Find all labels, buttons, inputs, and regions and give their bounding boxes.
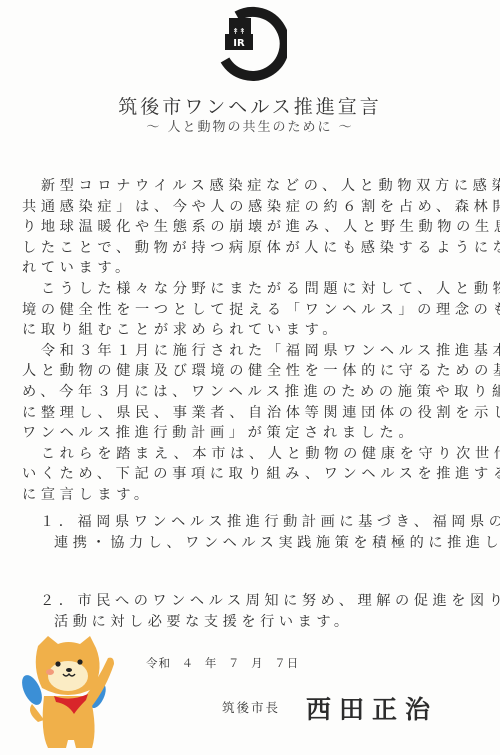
body-line: 人と動物の健康及び環境の健全性を一体的に守るための基本方針を定: [22, 361, 482, 382]
page-title: 筑後市ワンヘルス推進宣言: [0, 92, 500, 119]
svg-text:↟↟: ↟↟: [232, 27, 245, 36]
declaration-body: 新型コロナウイルス感染症などの、人と動物双方に感染する「人獣 共通感染症」は、今…: [22, 176, 482, 506]
body-line: に整理し、県民、事業者、自治体等関連団体の役割を示した「福岡県: [22, 403, 482, 424]
item-line: １．福岡県ワンヘルス推進行動計画に基づき、福岡県の取り組みに: [40, 512, 490, 533]
signer-name: 西田正治: [306, 690, 438, 726]
body-line: め、今年３月には、ワンヘルス推進のための施策や取り組みを体系的: [22, 382, 482, 403]
signer-title: 筑後市長: [222, 698, 280, 716]
dog-mascot-icon: [18, 632, 118, 752]
date-day: ７日: [274, 656, 299, 670]
body-line: 境の健全性を一つとして捉える「ワンヘルス」の理念のもと、総合的: [22, 300, 482, 321]
body-line: ワンヘルス推進行動計画」が策定されました。: [22, 423, 482, 444]
body-line: り地球温暖化や生態系の崩壊が進み、人と野生動物の生息区域が変化: [22, 217, 482, 238]
body-line: 令和３年１月に施行された「福岡県ワンヘルス推進基本条例」では: [22, 341, 482, 362]
declaration-item-1: １．福岡県ワンヘルス推進行動計画に基づき、福岡県の取り組みに 連携・協力し、ワン…: [40, 512, 490, 553]
date-month-unit: 月: [251, 656, 264, 670]
body-line: これらを踏まえ、本市は、人と動物の健康を守り次世代に継承して: [22, 444, 482, 465]
body-line: に取り組むことが求められています。: [22, 320, 482, 341]
body-line: こうした様々な分野にまたがる問題に対して、人と動物の健康と環: [22, 279, 482, 300]
body-line: れています。: [22, 258, 482, 279]
item-line: ２．市民へのワンヘルス周知に努め、理解の促進を図り、その実践: [40, 591, 490, 612]
declaration-item-2: ２．市民へのワンヘルス周知に努め、理解の促進を図り、その実践 活動に対し必要な支…: [40, 591, 490, 632]
city-emblem-logo: ↟↟ IR: [203, 4, 287, 84]
date-year-unit: 年: [205, 656, 218, 670]
svg-text:IR: IR: [233, 38, 245, 49]
body-line: 新型コロナウイルス感染症などの、人と動物双方に感染する「人獣: [22, 176, 482, 197]
body-line: 共通感染症」は、今や人の感染症の約６割を占め、森林開発などによ: [22, 197, 482, 218]
body-line: いくため、下記の事項に取り組み、ワンヘルスを推進することをここ: [22, 464, 482, 485]
city-mascot-image: [18, 632, 118, 752]
page-subtitle: ～ 人と動物の共生のために ～: [0, 116, 500, 135]
item-line: 活動に対し必要な支援を行います。: [40, 612, 490, 633]
declaration-date: 令和 ４ 年 ７ 月 ７日: [146, 655, 305, 671]
body-line: したことで、動物が持つ病原体が人にも感染するようになったと言わ: [22, 238, 482, 259]
city-emblem-icon: ↟↟ IR: [203, 4, 287, 84]
date-month: ７: [228, 656, 241, 670]
date-year: ４: [182, 656, 195, 670]
item-line: 連携・協力し、ワンヘルス実践施策を積極的に推進します。: [40, 533, 490, 554]
date-era: 令和: [146, 656, 171, 670]
body-line: に宣言します。: [22, 485, 482, 506]
